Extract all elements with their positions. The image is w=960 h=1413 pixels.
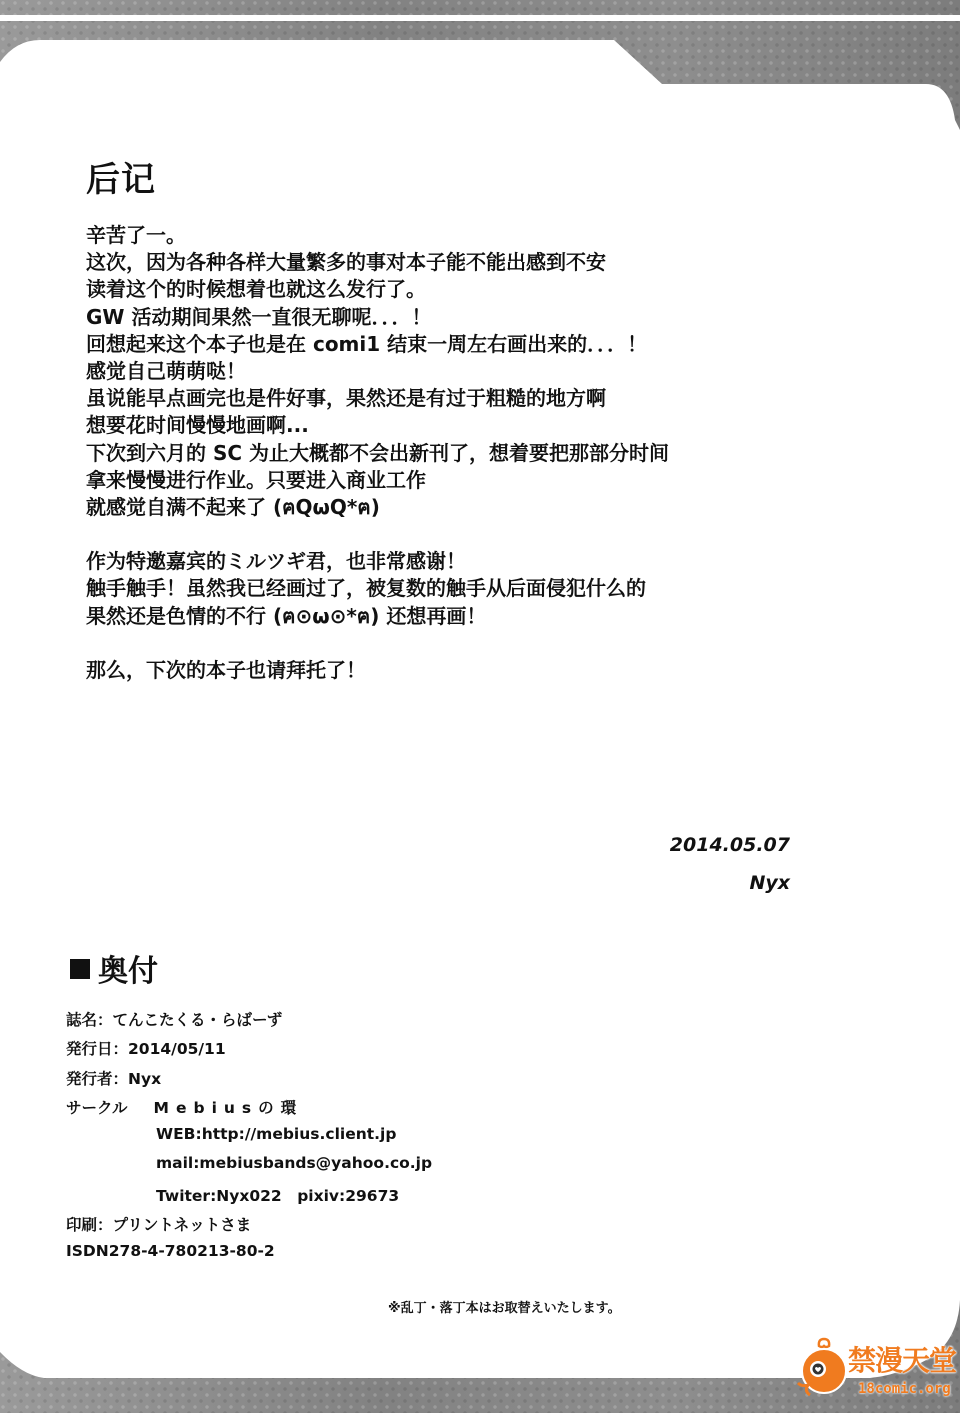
afterword-line: 想要花时间慢慢地画啊... xyxy=(86,412,806,439)
row-value: てんこたくる・らばーず xyxy=(113,1011,283,1029)
afterword-line: 那么，下次的本子也请拜托了！ xyxy=(86,657,806,684)
afterword-line: 读着这个的时候想着也就这么发行了。 xyxy=(86,276,806,303)
colophon-title: 奥付 xyxy=(70,946,158,990)
colophon-title-text: 奥付 xyxy=(98,954,158,989)
watermark-url: 18comic.org xyxy=(858,1381,951,1397)
signature-author: Nyx xyxy=(749,872,790,894)
afterword-line: 拿来慢慢进行作业。只要进入商业工作 xyxy=(86,467,806,494)
row-label: 印刷： xyxy=(66,1216,113,1234)
afterword-line: 就感觉自满不起来了 (ฅQωQ*ฅ) xyxy=(86,494,806,521)
row-label: 発行者： xyxy=(66,1070,128,1088)
square-bullet-icon xyxy=(70,959,90,979)
colophon-info: 誌名：てんこたくる・らばーず 発行日：2014/05/11 発行者：Nyx サー… xyxy=(66,1008,432,1272)
row-value: Nyx xyxy=(128,1070,161,1088)
row-value: 2014/05/11 xyxy=(128,1040,226,1058)
afterword-title: 后记 xyxy=(86,152,156,201)
afterword-line: 触手触手！虽然我已经画过了，被复数的触手从后面侵犯什么的 xyxy=(86,575,806,602)
row-value: プリントネットさま xyxy=(113,1216,252,1234)
row-value: Mebiusの環 xyxy=(154,1099,304,1117)
whale-mascot-icon xyxy=(794,1335,854,1405)
watermark-logo: 禁漫天堂 18comic.org xyxy=(794,1335,934,1405)
colophon-row-publisher: 発行者：Nyx xyxy=(66,1067,432,1096)
afterword-line: 这次，因为各种各样大量繁多的事对本子能不能出感到不安 xyxy=(86,249,806,276)
signature-date: 2014.05.07 xyxy=(670,834,790,856)
watermark-name: 禁漫天堂 xyxy=(848,1339,956,1379)
colophon-row-date: 発行日：2014/05/11 xyxy=(66,1037,432,1066)
row-label: サークル xyxy=(66,1099,128,1117)
afterword-line: 辛苦了一。 xyxy=(86,222,806,249)
contact-web: WEB:http://mebius.client.jp xyxy=(66,1125,432,1154)
colophon-row-printer: 印刷：プリントネットさま xyxy=(66,1213,432,1242)
afterword-line: GW 活动期间果然一直很无聊呢．．．！ xyxy=(86,304,806,331)
afterword-line: 作为特邀嘉宾的ミルツギ君，也非常感谢！ xyxy=(86,548,806,575)
row-label: 発行日： xyxy=(66,1040,128,1058)
replacement-notice: ※乱丁・落丁本はお取替えいたします。 xyxy=(388,1297,621,1316)
afterword-line: 虽说能早点画完也是件好事，果然还是有过于粗糙的地方啊 xyxy=(86,385,806,412)
paragraph-gap xyxy=(86,521,806,548)
afterword-line: 回想起来这个本子也是在 comi1 结束一周左右画出来的．．．！ xyxy=(86,331,806,358)
colophon-row-circle: サークルMebiusの環 xyxy=(66,1096,432,1125)
colophon-row-title: 誌名：てんこたくる・らばーず xyxy=(66,1008,432,1037)
contact-mail: mail:mebiusbands@yahoo.co.jp xyxy=(66,1154,432,1183)
contact-social: Twiter:Nyx022 pixiv:29673 xyxy=(66,1184,432,1213)
afterword-body: 辛苦了一。 这次，因为各种各样大量繁多的事对本子能不能出感到不安 读着这个的时候… xyxy=(86,222,806,684)
afterword-line: 感觉自己萌萌哒！ xyxy=(86,358,806,385)
afterword-line: 下次到六月的 SC 为止大概都不会出新刊了，想着要把那部分时间 xyxy=(86,440,806,467)
paragraph-gap xyxy=(86,630,806,657)
row-label: 誌名： xyxy=(66,1011,113,1029)
colophon-row-isbn: ISDN278-4-780213-80-2 xyxy=(66,1242,432,1271)
afterword-line: 果然还是色情的不行 (ฅ⊙ω⊙*ฅ) 还想再画！ xyxy=(86,603,806,630)
